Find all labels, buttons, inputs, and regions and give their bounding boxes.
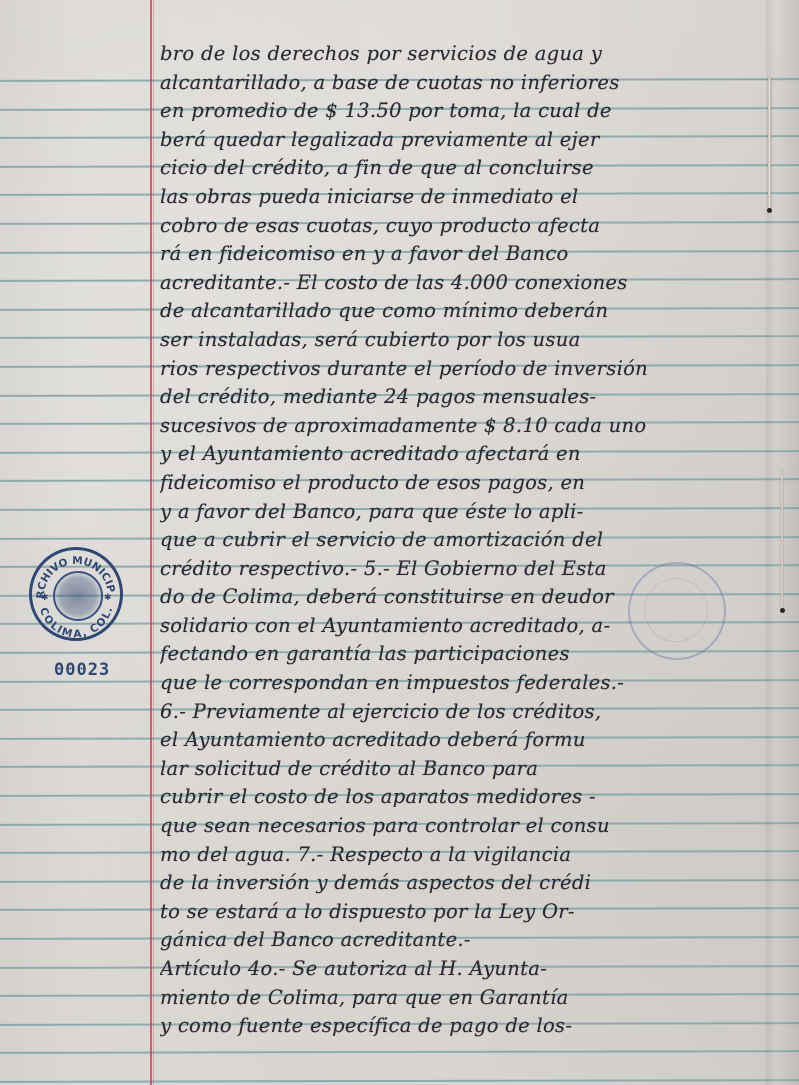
text-line: y a favor del Banco, para que éste lo ap… — [160, 498, 770, 527]
text-line: que a cubrir el servicio de amortización… — [160, 526, 770, 555]
binding-thread-icon — [781, 470, 783, 610]
text-line: de alcantarillado que como mínimo deberá… — [160, 297, 770, 326]
text-line: fectando en garantía las participaciones — [160, 640, 770, 669]
text-line: do de Colima, deberá constituirse en deu… — [160, 583, 770, 612]
text-line: que sean necesarios para controlar el co… — [160, 812, 770, 841]
text-line: miento de Colima, para que en Garantía — [160, 984, 770, 1013]
text-line: del crédito, mediante 24 pagos mensuales… — [160, 383, 770, 412]
text-line: fideicomiso el producto de esos pagos, e… — [160, 469, 770, 498]
text-line: Artículo 4o.- Se autoriza al H. Ayunta- — [160, 955, 770, 984]
text-line: berá quedar legalizada previamente al ej… — [160, 126, 770, 155]
text-line: el Ayuntamiento acreditado deberá formu — [160, 726, 770, 755]
text-line: las obras pueda iniciarse de inmediato e… — [160, 183, 770, 212]
text-line: gánica del Banco acreditante.- — [160, 926, 770, 955]
text-line: y como fuente específica de pago de los- — [160, 1012, 770, 1041]
svg-text:✱: ✱ — [41, 593, 49, 603]
text-line: rios respectivos durante el período de i… — [160, 355, 770, 384]
text-line: mo del agua. 7.- Respecto a la vigilanci… — [160, 841, 770, 870]
archivo-municipal-stamp-icon: ARCHIVO MUNICIPAL COLIMA, COL. ✱ ✱ — [29, 547, 123, 641]
svg-text:✱: ✱ — [104, 593, 112, 603]
ruled-line — [0, 1051, 799, 1054]
text-line: ser instaladas, será cubierto por los us… — [160, 326, 770, 355]
text-line: to se estará a lo dispuesto por la Ley O… — [160, 898, 770, 927]
red-margin-line — [150, 0, 152, 1085]
folio-number: 00023 — [54, 660, 110, 680]
text-line: bro de los derechos por servicios de agu… — [160, 40, 770, 69]
text-line: 6.- Previamente al ejercicio de los créd… — [160, 698, 770, 727]
handwritten-text: bro de los derechos por servicios de agu… — [160, 40, 770, 1041]
svg-text:COLIMA, COL.: COLIMA, COL. — [37, 606, 115, 638]
text-line: acreditante.- El costo de las 4.000 cone… — [160, 269, 770, 298]
text-line: en promedio de $ 13.50 por toma, la cual… — [160, 97, 770, 126]
text-line: lar solicitud de crédito al Banco para — [160, 755, 770, 784]
text-line: sucesivos de aproximadamente $ 8.10 cada… — [160, 412, 770, 441]
svg-text:ARCHIVO MUNICIPAL: ARCHIVO MUNICIPAL — [32, 550, 117, 599]
text-line: solidario con el Ayuntamiento acreditado… — [160, 612, 770, 641]
text-line: rá en fideicomiso en y a favor del Banco — [160, 240, 770, 269]
text-line: cubrir el costo de los aparatos medidore… — [160, 783, 770, 812]
text-line: y el Ayuntamiento acreditado afectará en — [160, 440, 770, 469]
text-line: de la inversión y demás aspectos del cré… — [160, 869, 770, 898]
text-line: cicio del crédito, a fin de que al concl… — [160, 154, 770, 183]
red-margin-line-secondary — [153, 0, 154, 1085]
ruled-line — [0, 1079, 799, 1082]
stamp-lettering: ARCHIVO MUNICIPAL COLIMA, COL. ✱ ✱ — [32, 550, 120, 638]
ledger-page: bro de los derechos por servicios de agu… — [0, 0, 799, 1085]
text-line: crédito respectivo.- 5.- El Gobierno del… — [160, 555, 770, 584]
text-line: cobro de esas cuotas, cuyo producto afec… — [160, 212, 770, 241]
text-line: alcantarillado, a base de cuotas no infe… — [160, 69, 770, 98]
text-line: que le correspondan en impuestos federal… — [160, 669, 770, 698]
